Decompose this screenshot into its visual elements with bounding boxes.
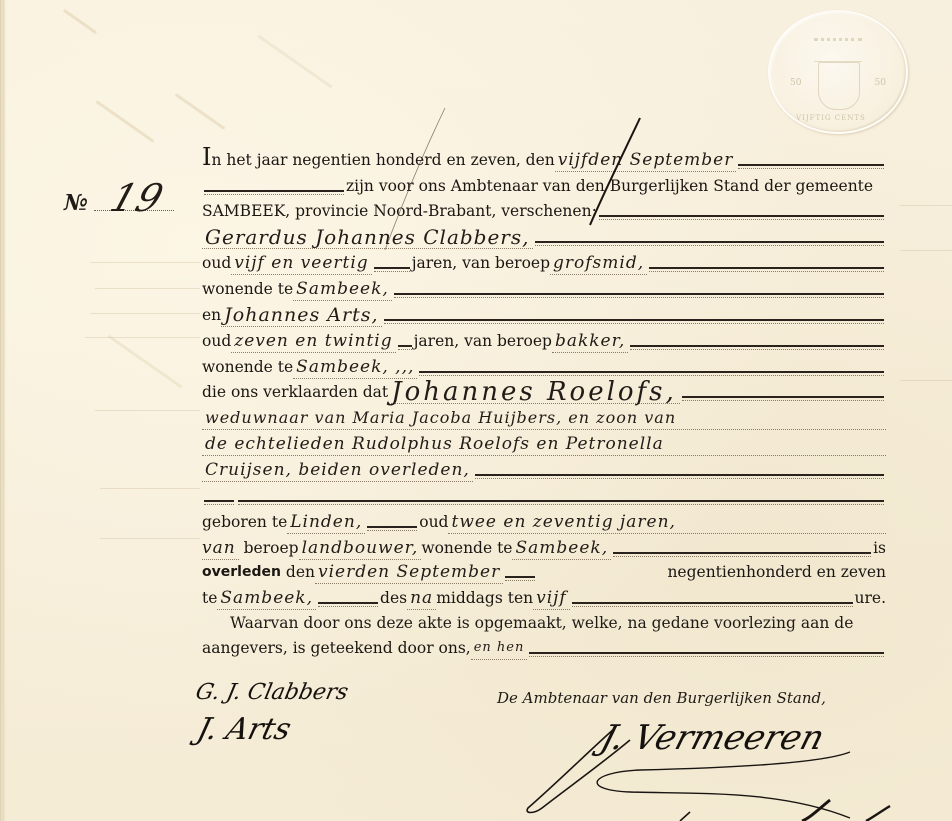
pen-strokes <box>0 0 952 821</box>
